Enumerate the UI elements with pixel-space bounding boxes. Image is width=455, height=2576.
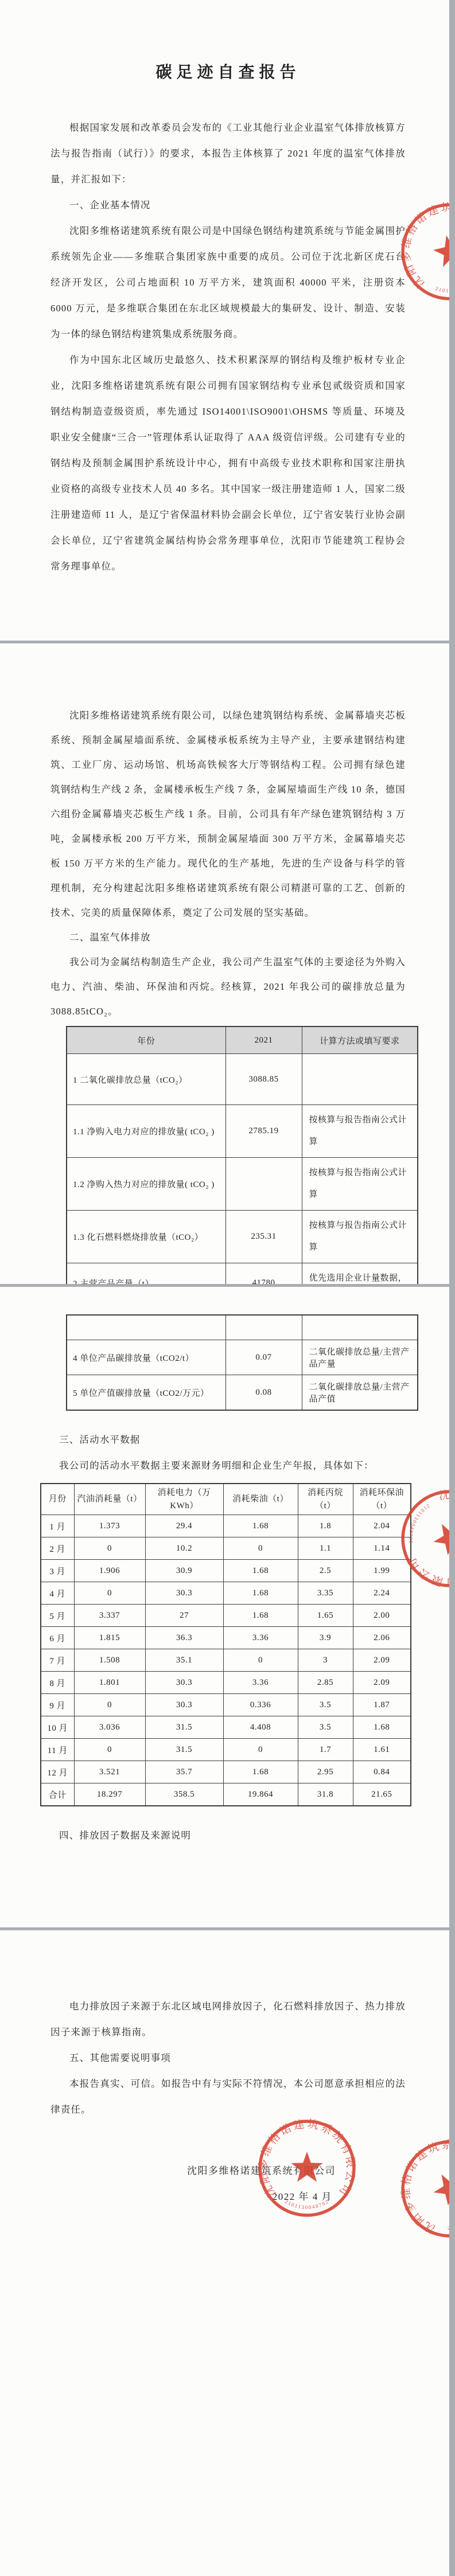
table-cell: 27 bbox=[145, 1605, 223, 1627]
table-cell: 2.85 bbox=[298, 1672, 353, 1694]
table-cell: 1.906 bbox=[74, 1560, 145, 1582]
table-cell: 0 bbox=[223, 1537, 298, 1560]
table-cell: 1.8 bbox=[298, 1515, 353, 1537]
table-cell: 10 月 bbox=[41, 1716, 74, 1739]
table-cell bbox=[225, 1315, 302, 1340]
table-cell: 3.35 bbox=[298, 1582, 353, 1605]
table-cell: 2.00 bbox=[353, 1605, 411, 1627]
table-cell: 30.3 bbox=[145, 1582, 223, 1605]
table-cell: 合计 bbox=[41, 1783, 74, 1806]
table-cell: 235.31 bbox=[225, 1211, 302, 1263]
emission-table-continuation: 4 单位产品碳排放量（tCO2/t） 0.07 二氧化碳排放总量/主营产品产量 … bbox=[66, 1314, 418, 1411]
table-row: 1.3 化石燃料燃烧排放量（tCO₂） 235.31 按核算与报告指南公式计算 bbox=[67, 1211, 418, 1263]
table-cell bbox=[302, 1054, 418, 1105]
table-row: 1.2 净购入热力对应的排放量( tCO₂ ) 按核算与报告指南公式计算 bbox=[67, 1158, 418, 1211]
table-cell: 358.5 bbox=[145, 1783, 223, 1806]
table-cell: 12 月 bbox=[41, 1761, 74, 1783]
table-cell: 31.5 bbox=[145, 1739, 223, 1761]
table-cell: 1.61 bbox=[353, 1739, 411, 1761]
table-row: 3 月1.90630.91.682.51.99 bbox=[41, 1560, 411, 1582]
table-row: 11 月031.501.71.61 bbox=[41, 1739, 411, 1761]
signature-date: 2022 年 4 月 bbox=[50, 2184, 406, 2210]
table-cell: 1.3 化石燃料燃烧排放量（tCO₂） bbox=[67, 1211, 225, 1263]
table-cell: 30.3 bbox=[145, 1672, 223, 1694]
table-cell: 1.68 bbox=[353, 1716, 411, 1739]
table-cell: 1.7 bbox=[298, 1739, 353, 1761]
section-heading-1: 一、企业基本情况 bbox=[50, 192, 406, 218]
document: 碳足迹自查报告 根据国家发展和改革委员会发布的《工业其他行业企业温室气体排放核算… bbox=[0, 0, 455, 2576]
table-cell: 3.36 bbox=[223, 1627, 298, 1649]
emission-summary-table: 年份 2021 计算方法或填写要求 1 二氧化碳排放总量（tCO₂） 3088.… bbox=[66, 1026, 418, 1284]
section-heading-5: 五、其他需要说明事项 bbox=[50, 2045, 406, 2071]
col-header-year: 年份 bbox=[67, 1027, 225, 1054]
production-capacity-paragraph: 沈阳多维格诺建筑系统有限公司，以绿色建筑钢结构系统、金属幕墙夹芯板系统、预制金属… bbox=[50, 703, 406, 925]
table-cell: 2.24 bbox=[353, 1582, 411, 1605]
table-cell: 30.3 bbox=[145, 1694, 223, 1716]
table-cell: 3.337 bbox=[74, 1605, 145, 1627]
col-header-propane: 消耗丙烷（t） bbox=[298, 1484, 353, 1515]
table-cell: 3.9 bbox=[298, 1627, 353, 1649]
table-row: 8 月1.80130.33.362.852.09 bbox=[41, 1672, 411, 1694]
table-cell: 2 月 bbox=[41, 1537, 74, 1560]
table-cell: 0.336 bbox=[223, 1694, 298, 1716]
table-row: 1 月1.37329.41.681.82.04 bbox=[41, 1515, 411, 1537]
table-cell: 7 月 bbox=[41, 1649, 74, 1672]
table-row: 10 月3.03631.54.4083.51.68 bbox=[41, 1716, 411, 1739]
table-row: 4 月030.31.683.352.24 bbox=[41, 1582, 411, 1605]
table-cell: 4 单位产品碳排放量（tCO2/t） bbox=[67, 1340, 225, 1375]
page-3: 4 单位产品碳排放量（tCO2/t） 0.07 二氧化碳排放总量/主营产品产量 … bbox=[0, 1287, 449, 1927]
table-cell: 二氧化碳排放总量/主营产品产值 bbox=[302, 1375, 418, 1411]
table-cell: 2.04 bbox=[353, 1515, 411, 1537]
table-cell: 1 二氧化碳排放总量（tCO₂） bbox=[67, 1054, 225, 1105]
table-cell: 3088.85 bbox=[225, 1054, 302, 1105]
page-2: 沈阳多维格诺建筑系统有限公司，以绿色建筑钢结构系统、金属幕墙夹芯板系统、预制金属… bbox=[0, 643, 449, 1284]
table-cell: 5 单位产值碳排放量（tCO2/万元） bbox=[67, 1375, 225, 1411]
activity-level-table: 月份 汽油消耗量（t） 消耗电力（万 KWh） 消耗柴油（t） 消耗丙烷（t） … bbox=[40, 1483, 411, 1806]
table-cell: 3.5 bbox=[298, 1694, 353, 1716]
table-cell: 1.2 净购入热力对应的排放量( tCO₂ ) bbox=[67, 1158, 225, 1211]
table-cell: 1.1 净购入电力对应的排放量( tCO₂ ) bbox=[67, 1105, 225, 1158]
table-cell: 0.07 bbox=[225, 1340, 302, 1375]
company-credentials-paragraph: 作为中国东北区域历史最悠久、技术积累深厚的钢结构及维护板材专业企业，沈阳多维格诺… bbox=[50, 347, 406, 579]
table-cell: 按核算与报告指南公式计算 bbox=[302, 1211, 418, 1263]
table-header-row: 年份 2021 计算方法或填写要求 bbox=[67, 1027, 418, 1054]
table-cell: 31.8 bbox=[298, 1783, 353, 1806]
table-cell: 二氧化碳排放总量/主营产品产量 bbox=[302, 1340, 418, 1375]
col-header-month: 月份 bbox=[41, 1484, 74, 1515]
table-cell: 35.7 bbox=[145, 1761, 223, 1783]
table-row: 6 月1.81536.33.363.92.06 bbox=[41, 1627, 411, 1649]
table-cell bbox=[67, 1315, 225, 1340]
table-cell: 1.68 bbox=[223, 1605, 298, 1627]
table-cell: 36.3 bbox=[145, 1627, 223, 1649]
intro-paragraph: 根据国家发展和改革委员会发布的《工业其他行业企业温室气体排放核算方法与报告指南（… bbox=[50, 115, 406, 192]
col-header-2021: 2021 bbox=[225, 1027, 302, 1054]
table-row: 5 月3.337271.681.652.00 bbox=[41, 1605, 411, 1627]
table-cell: 10.2 bbox=[145, 1537, 223, 1560]
page-4: 电力排放因子来源于东北区域电网排放因子，化石燃料排放因子、热力排放因子来源于核算… bbox=[0, 1930, 449, 2576]
table-cell: 0 bbox=[74, 1582, 145, 1605]
table-cell: 2.09 bbox=[353, 1672, 411, 1694]
table-row: 1.1 净购入电力对应的排放量( tCO₂ ) 2785.19 按核算与报告指南… bbox=[67, 1105, 418, 1158]
table-cell: 0 bbox=[74, 1739, 145, 1761]
signature-block: 沈阳多维格诺建筑系统有限公司 2022 年 4 月 bbox=[50, 2158, 406, 2210]
table-cell: 1.68 bbox=[223, 1582, 298, 1605]
col-header-gasoline: 汽油消耗量（t） bbox=[74, 1484, 145, 1515]
table-cell: 19.864 bbox=[223, 1783, 298, 1806]
table-cell: 3 月 bbox=[41, 1560, 74, 1582]
table-cell: 1.815 bbox=[74, 1627, 145, 1649]
table-cell bbox=[225, 1158, 302, 1211]
table-cell: 1.1 bbox=[298, 1537, 353, 1560]
table-cell: 8 月 bbox=[41, 1672, 74, 1694]
table-cell: 0 bbox=[74, 1694, 145, 1716]
table-cell: 3.36 bbox=[223, 1672, 298, 1694]
table-cell: 11 月 bbox=[41, 1739, 74, 1761]
table-cell: 5 月 bbox=[41, 1605, 74, 1627]
table-cell: 1.99 bbox=[353, 1560, 411, 1582]
statement-paragraph: 本报告真实、可信。如报告中有与实际不符情况，本公司愿意承担相应的法律责任。 bbox=[50, 2071, 406, 2122]
table-cell: 6 月 bbox=[41, 1627, 74, 1649]
table-cell: 按核算与报告指南公式计算 bbox=[302, 1105, 418, 1158]
table-cell: 2785.19 bbox=[225, 1105, 302, 1158]
table-header-row: 月份 汽油消耗量（t） 消耗电力（万 KWh） 消耗柴油（t） 消耗丙烷（t） … bbox=[41, 1484, 411, 1515]
table-cell: 1.373 bbox=[74, 1515, 145, 1537]
table-cell: 21.65 bbox=[353, 1783, 411, 1806]
company-profile-paragraph: 沈阳多维格诺建筑系统有限公司是中国绿色钢结构建筑系统与节能金属围护系统领先企业—… bbox=[50, 218, 406, 347]
table-cell: 35.1 bbox=[145, 1649, 223, 1672]
table-cell: 1.508 bbox=[74, 1649, 145, 1672]
table-cell: 9 月 bbox=[41, 1694, 74, 1716]
table-cell: 2.5 bbox=[298, 1560, 353, 1582]
table-row: 2 月010.201.11.14 bbox=[41, 1537, 411, 1560]
table-cell: 0 bbox=[223, 1649, 298, 1672]
emission-summary-paragraph: 我公司为金属结构制造生产企业，我公司产生温室气体的主要途径为外购入电力、汽油、柴… bbox=[50, 950, 406, 1024]
table-cell: 0.08 bbox=[225, 1375, 302, 1411]
table-cell: 29.4 bbox=[145, 1515, 223, 1537]
table-row: 4 单位产品碳排放量（tCO2/t） 0.07 二氧化碳排放总量/主营产品产量 bbox=[67, 1340, 418, 1375]
table-cell: 0 bbox=[223, 1739, 298, 1761]
table-cell: 1 月 bbox=[41, 1515, 74, 1537]
table-cell: 1.68 bbox=[223, 1560, 298, 1582]
table-cell: 2.95 bbox=[298, 1761, 353, 1783]
table-cell: 3.5 bbox=[298, 1716, 353, 1739]
table-cell: 1.14 bbox=[353, 1537, 411, 1560]
table-cell: 优先选用企业计量数据，如生产日志或月度、年度统计报表 其次选用报送统计局数据 bbox=[302, 1263, 418, 1285]
table-cell: 1.87 bbox=[353, 1694, 411, 1716]
table-cell: 31.5 bbox=[145, 1716, 223, 1739]
section-heading-3: 三、活动水平数据 bbox=[40, 1427, 413, 1453]
table-cell bbox=[302, 1315, 418, 1340]
activity-data-paragraph: 我公司的活动水平数据主要来源财务明细和企业生产年报，具体如下： bbox=[40, 1453, 413, 1478]
table-cell: 3 bbox=[298, 1649, 353, 1672]
table-cell: 按核算与报告指南公式计算 bbox=[302, 1158, 418, 1211]
section-heading-4: 四、排放因子数据及来源说明 bbox=[40, 1822, 413, 1848]
table-cell: 1.65 bbox=[298, 1605, 353, 1627]
table-cell: 1.801 bbox=[74, 1672, 145, 1694]
table-row: 7 月1.50835.1032.09 bbox=[41, 1649, 411, 1672]
table-cell: 3.036 bbox=[74, 1716, 145, 1739]
table-cell: 30.9 bbox=[145, 1560, 223, 1582]
table-cell: 2.06 bbox=[353, 1627, 411, 1649]
table-row: 合计18.297358.519.86431.821.65 bbox=[41, 1783, 411, 1806]
table-cell: 41780 bbox=[225, 1263, 302, 1285]
table-row: 5 单位产值碳排放量（tCO2/万元） 0.08 二氧化碳排放总量/主营产品产值 bbox=[67, 1375, 418, 1411]
table-cell: 1.68 bbox=[223, 1761, 298, 1783]
table-cell: 18.297 bbox=[74, 1783, 145, 1806]
report-title: 碳足迹自查报告 bbox=[50, 0, 406, 115]
table-cell: 4 月 bbox=[41, 1582, 74, 1605]
table-cell: 0 bbox=[74, 1537, 145, 1560]
col-header-electricity: 消耗电力（万 KWh） bbox=[145, 1484, 223, 1515]
table-cell: 0.84 bbox=[353, 1761, 411, 1783]
table-cell: 1.68 bbox=[223, 1515, 298, 1537]
col-header-diesel: 消耗柴油（t） bbox=[223, 1484, 298, 1515]
col-header-ecooil: 消耗环保油（t） bbox=[353, 1484, 411, 1515]
section-heading-2: 二、温室气体排放 bbox=[50, 925, 406, 950]
table-cell: 2.09 bbox=[353, 1649, 411, 1672]
col-header-method: 计算方法或填写要求 bbox=[302, 1027, 418, 1054]
table-row: 9 月030.30.3363.51.87 bbox=[41, 1694, 411, 1716]
emission-factor-paragraph: 电力排放因子来源于东北区域电网排放因子，化石燃料排放因子、热力排放因子来源于核算… bbox=[50, 1993, 406, 2045]
table-cell: 3.521 bbox=[74, 1761, 145, 1783]
signature-company: 沈阳多维格诺建筑系统有限公司 bbox=[50, 2158, 406, 2184]
table-cell: 4.408 bbox=[223, 1716, 298, 1739]
table-row bbox=[67, 1315, 418, 1340]
table-cell: 2 主营产品产量（t） bbox=[67, 1263, 225, 1285]
table-row: 2 主营产品产量（t） 41780 优先选用企业计量数据，如生产日志或月度、年度… bbox=[67, 1263, 418, 1285]
table-row: 1 二氧化碳排放总量（tCO₂） 3088.85 bbox=[67, 1054, 418, 1105]
page-1: 碳足迹自查报告 根据国家发展和改革委员会发布的《工业其他行业企业温室气体排放核算… bbox=[0, 0, 449, 641]
table-row: 12 月3.52135.71.682.950.84 bbox=[41, 1761, 411, 1783]
